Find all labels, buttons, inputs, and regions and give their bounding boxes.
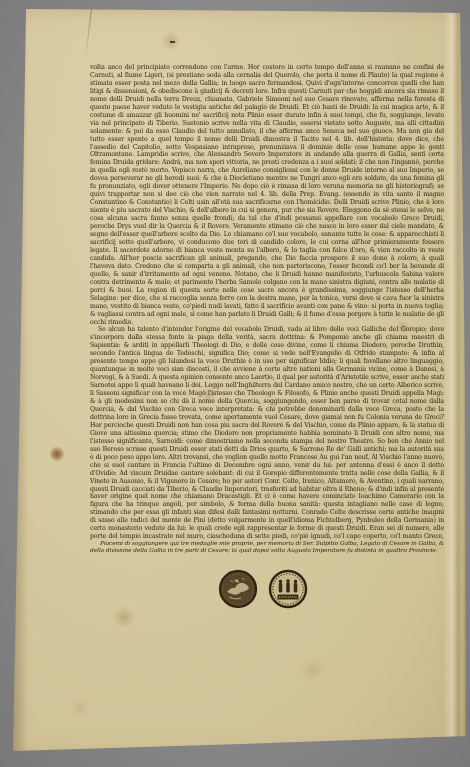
medal-engravings: [218, 567, 328, 611]
ink-stain: [50, 446, 64, 462]
main-text-block: volta anco del principiato correndono co…: [90, 64, 444, 540]
paper-crease: [84, 9, 92, 63]
medals-caption: Piacemi di soggiungere qui tre medaglie …: [90, 541, 444, 555]
foxing-stain: [112, 606, 136, 628]
scan-background: volta anco del principiato correndono co…: [0, 0, 470, 767]
binding-fold: [443, 9, 466, 739]
foxing-stain: [70, 700, 90, 716]
left-edge-shadow: [12, 9, 28, 751]
foxing-stain: [300, 660, 326, 680]
book-page: volta anco del principiato correndono co…: [0, 0, 470, 767]
body-paragraph-2: Se alcun ha talento d'intender l'origine…: [90, 326, 444, 540]
medal-horse-rider-icon: [218, 568, 258, 610]
corner-scale-mark: [8, 757, 48, 760]
body-paragraph-1: volta anco del principiato correndono co…: [90, 64, 444, 326]
printer-mark: [170, 41, 175, 43]
medal-three-figures-icon: [268, 568, 308, 610]
